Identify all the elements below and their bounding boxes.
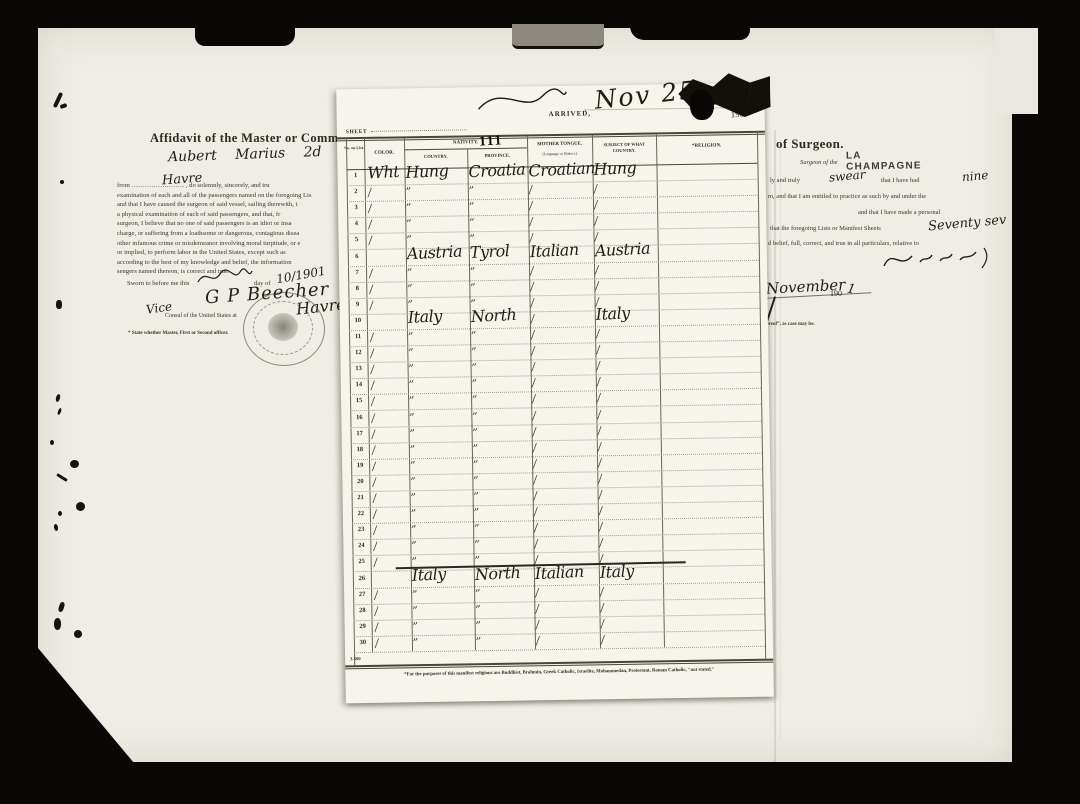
cell-country: ” xyxy=(410,523,417,537)
cell-country: ” xyxy=(405,185,412,199)
cell-color: / xyxy=(374,620,379,633)
ink-mark xyxy=(54,618,61,630)
ink-mark xyxy=(70,460,79,468)
scan-border-right xyxy=(1012,0,1080,804)
cell-province: ” xyxy=(473,522,480,536)
affidavit-body: from …………………… , do solemnly, sincerely, … xyxy=(117,181,311,277)
cell-province: ” xyxy=(473,474,480,488)
cell-province: ” xyxy=(470,281,477,295)
cell-subject: / xyxy=(594,263,599,276)
cell-subject: / xyxy=(597,408,602,421)
cell-province: ” xyxy=(474,538,481,552)
scan-border-bottom xyxy=(0,763,1080,804)
cell-province: ” xyxy=(475,619,482,633)
row-number: 2 xyxy=(347,188,365,195)
cell-tongue: / xyxy=(532,457,537,470)
cell-tongue: / xyxy=(531,393,536,406)
cell-subject: / xyxy=(600,633,605,646)
cell-country: Italy xyxy=(407,306,442,327)
cell-tongue: Italian xyxy=(529,239,579,260)
cell-tongue: / xyxy=(535,634,540,647)
cell-tongue: / xyxy=(532,425,537,438)
form-number: 3-500 xyxy=(350,656,361,661)
cell-color: / xyxy=(373,556,378,569)
ink-mark xyxy=(58,511,62,516)
cell-tongue: / xyxy=(533,473,538,486)
manifest-sheet: ARRIVED, Nov 25 190 1 SHEET No. on List.… xyxy=(336,83,774,704)
cell-country: ” xyxy=(409,443,416,457)
surgeon-line: that the foregoing Lists or Manifest She… xyxy=(770,225,881,232)
row-number: 25 xyxy=(353,558,371,565)
cell-tongue: / xyxy=(531,376,536,389)
torn-edge-blob xyxy=(195,26,295,46)
row-number: 15 xyxy=(350,397,368,404)
cell-tongue: / xyxy=(529,215,534,228)
cell-tongue: / xyxy=(530,328,535,341)
consul-line: Consul of the United States at xyxy=(165,313,237,319)
cell-tongue: / xyxy=(530,280,535,293)
row-number: 21 xyxy=(352,494,370,501)
cell-subject: / xyxy=(598,488,603,501)
cell-color: / xyxy=(367,202,372,215)
cell-subject: / xyxy=(598,504,603,517)
nine-handwriting: nine xyxy=(961,168,989,184)
cell-province: ” xyxy=(469,216,476,230)
cell-country: ” xyxy=(408,394,415,408)
cell-subject: / xyxy=(595,327,600,340)
left-footnote: * State whether Master, First or Second … xyxy=(128,331,228,336)
cell-country: ” xyxy=(412,620,419,634)
cell-tongue: Croatian xyxy=(528,158,595,180)
cell-color: / xyxy=(374,637,379,650)
cell-province: ” xyxy=(472,409,479,423)
cell-tongue: / xyxy=(535,618,540,631)
row-number: 8 xyxy=(348,285,366,292)
ink-mark xyxy=(60,180,64,184)
body-line: surgeon, I believe that no one of said p… xyxy=(117,219,311,229)
body-line: charge, or suffering from a loathsome or… xyxy=(117,229,311,239)
row-number: 16 xyxy=(350,413,368,420)
cell-tongue: / xyxy=(532,441,537,454)
cell-color: / xyxy=(372,492,377,505)
scanned-manifest-page: Affidavit of the Master or Commanding, O… xyxy=(0,0,1080,804)
cell-subject: / xyxy=(599,536,604,549)
cell-country: ” xyxy=(406,266,413,280)
cell-country: ” xyxy=(410,475,417,489)
cell-subject: / xyxy=(599,585,604,598)
cell-province: ” xyxy=(472,442,479,456)
cell-subject: / xyxy=(594,214,599,227)
row-number: 14 xyxy=(350,381,368,388)
cell-color: / xyxy=(369,298,374,311)
row-number: 20 xyxy=(351,478,369,485)
row-number: 23 xyxy=(352,526,370,533)
row-number: 3 xyxy=(347,204,365,211)
cell-tongue: / xyxy=(531,360,536,373)
cell-tongue: / xyxy=(533,489,538,502)
row-number: 6 xyxy=(348,252,366,259)
ink-mark xyxy=(74,630,82,638)
cell-color: / xyxy=(372,476,377,489)
cell-province: ” xyxy=(472,426,479,440)
cell-province: Croatia xyxy=(468,159,526,181)
cell-color: / xyxy=(368,218,373,231)
cell-country: Austria xyxy=(406,241,462,263)
seal-center-smudge xyxy=(268,313,298,341)
ink-mark xyxy=(50,440,54,445)
cell-subject: / xyxy=(597,456,602,469)
cell-subject: / xyxy=(596,359,601,372)
cell-country: ” xyxy=(405,201,412,215)
cell-tongue: / xyxy=(531,344,536,357)
cell-country: ” xyxy=(410,491,417,505)
cell-tongue: / xyxy=(532,409,537,422)
cell-tongue: / xyxy=(534,537,539,550)
cell-tongue: / xyxy=(529,264,534,277)
cell-tongue: / xyxy=(533,521,538,534)
cell-province: ” xyxy=(475,635,482,649)
body-line: examination of each and all of the passe… xyxy=(117,191,311,201)
cell-color: / xyxy=(374,604,379,617)
cell-subject: / xyxy=(593,198,598,211)
row-number: 28 xyxy=(353,607,371,614)
surgeon-line: m, and that I am entitled to practice as… xyxy=(768,193,926,200)
cell-color: / xyxy=(371,427,376,440)
surgeon-line: ly and truly xyxy=(770,177,800,184)
cell-province: North xyxy=(470,305,516,326)
cell-province: ” xyxy=(471,361,478,375)
cell-country: ” xyxy=(409,459,416,473)
row-number: 13 xyxy=(350,365,368,372)
cell-province: ” xyxy=(475,603,482,617)
body-line: other infamous crime or misdemeanor invo… xyxy=(117,239,311,249)
cell-color: / xyxy=(372,508,377,521)
right-footnote: thereof”, as case may be. xyxy=(762,322,815,327)
cell-province: ” xyxy=(468,184,475,198)
surgeon-line: that I have had xyxy=(881,177,919,184)
cell-country: ” xyxy=(409,427,416,441)
cell-color: / xyxy=(370,395,375,408)
cell-province: ” xyxy=(474,587,481,601)
row-number: 18 xyxy=(351,446,369,453)
body-line: or implied, to perform labor in the Unit… xyxy=(117,248,311,258)
cell-subject: / xyxy=(597,440,602,453)
cell-subject: / xyxy=(597,424,602,437)
cell-province: ” xyxy=(473,506,480,520)
surgeon-signature-scrawl xyxy=(878,246,990,272)
cell-country: ” xyxy=(411,539,418,553)
cell-subject: / xyxy=(598,520,603,533)
affidavit-surgeon-title: of Surgeon. xyxy=(776,136,844,152)
cell-tongue: / xyxy=(533,505,538,518)
cell-tongue: / xyxy=(535,602,540,615)
torn-edge-blob xyxy=(630,26,750,40)
cell-country: ” xyxy=(410,507,417,521)
cell-color: / xyxy=(368,266,373,279)
cell-country: ” xyxy=(408,346,415,360)
body-line: a physical examination of each of said p… xyxy=(117,210,311,220)
body-line: and that I have caused the surgeon of sa… xyxy=(117,200,311,210)
row-number: 7 xyxy=(348,269,366,276)
cell-color: / xyxy=(373,588,378,601)
row-number: 29 xyxy=(354,623,372,630)
cell-province: ” xyxy=(471,393,478,407)
cell-province: Tyrol xyxy=(469,241,510,262)
cell-province: ” xyxy=(471,345,478,359)
surgeon-line: and that I have made a personal xyxy=(858,209,940,216)
cell-country: ” xyxy=(407,330,414,344)
cell-subject: / xyxy=(595,279,600,292)
cell-tongue: / xyxy=(530,296,535,309)
ink-mark xyxy=(56,300,62,309)
cell-country: ” xyxy=(412,636,419,650)
row-number: 9 xyxy=(349,301,367,308)
cell-tongue: / xyxy=(530,312,535,325)
cell-subject: / xyxy=(596,343,601,356)
cell-subject: / xyxy=(598,472,603,485)
paper-tab xyxy=(512,24,604,49)
cell-subject: / xyxy=(593,182,598,195)
cell-subject: / xyxy=(600,617,605,630)
row-number: 10 xyxy=(349,317,367,324)
surgeon-of-the: Surgeon of the xyxy=(800,159,838,166)
cell-subject: Hung xyxy=(593,158,637,179)
cell-subject: Italy xyxy=(595,303,630,324)
cell-color: / xyxy=(371,443,376,456)
sworn-line-prefix: Sworn to before me this xyxy=(127,280,189,287)
cell-tongue: / xyxy=(534,586,539,599)
cell-country: ” xyxy=(408,378,415,392)
cell-province: ” xyxy=(469,265,476,279)
cell-province: ” xyxy=(473,490,480,504)
ink-mark xyxy=(76,502,85,511)
cell-color: / xyxy=(372,524,377,537)
scan-border-left xyxy=(0,0,38,804)
cell-color: / xyxy=(369,282,374,295)
manifest-table-body: 1WhtHungCroatiaCroatianHung2/””//3/””//4… xyxy=(336,83,774,704)
cell-color: / xyxy=(368,234,373,247)
cell-tongue: / xyxy=(528,183,533,196)
row-number: 11 xyxy=(349,333,367,340)
cell-color: / xyxy=(371,411,376,424)
row-number: 22 xyxy=(352,510,370,517)
body-line: from …………………… , do solemnly, sincerely, … xyxy=(117,181,311,191)
row-number: 4 xyxy=(347,220,365,227)
cell-province: ” xyxy=(468,200,475,214)
paper-scrap-top-right xyxy=(995,28,1038,114)
cell-color: / xyxy=(370,379,375,392)
row-number: 17 xyxy=(351,430,369,437)
row-number: 12 xyxy=(349,349,367,356)
row-number: 30 xyxy=(354,639,372,646)
cell-subject: / xyxy=(596,392,601,405)
row-number: 5 xyxy=(348,236,366,243)
cell-country: ” xyxy=(409,410,416,424)
cell-color: / xyxy=(367,186,372,199)
cell-country: ” xyxy=(412,604,419,618)
cell-country: ” xyxy=(407,282,414,296)
cell-country: ” xyxy=(408,362,415,376)
row-number: 1 xyxy=(347,172,365,179)
cell-color: / xyxy=(370,363,375,376)
row-number: 19 xyxy=(351,462,369,469)
cell-country: ” xyxy=(406,217,413,231)
row-number: 27 xyxy=(353,591,371,598)
cell-subject: / xyxy=(600,601,605,614)
cell-tongue: / xyxy=(528,199,533,212)
cell-subject: Austria xyxy=(594,238,650,260)
cell-subject: / xyxy=(596,375,601,388)
cell-color: / xyxy=(371,459,376,472)
ink-blot xyxy=(690,90,714,120)
from-port-handwriting: Havre xyxy=(162,171,203,189)
cell-color: / xyxy=(370,347,375,360)
cell-province: ” xyxy=(471,377,478,391)
row-number: 26 xyxy=(353,574,371,581)
cell-color: Wht xyxy=(367,162,400,183)
cell-color: / xyxy=(369,331,374,344)
row-number: 24 xyxy=(352,542,370,549)
cell-country: Hung xyxy=(405,161,449,182)
cell-country: ” xyxy=(411,588,418,602)
cell-color: / xyxy=(373,540,378,553)
cell-province: ” xyxy=(470,329,477,343)
cell-province: ” xyxy=(472,458,479,472)
